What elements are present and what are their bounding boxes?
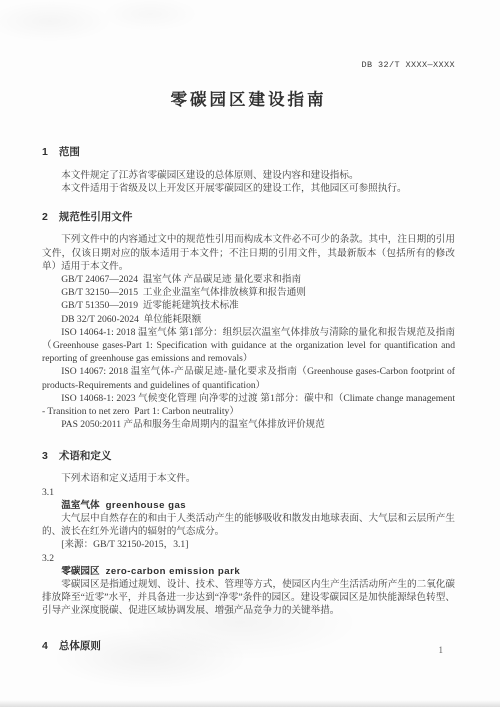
term-source: [来源：GB/T 32150-2015，3.1] [42,538,455,551]
reference-item: DB 32/T 2060-2024 单位能耗限额 [42,313,455,326]
section-1-heading: 1范围 [42,145,455,159]
section-2-heading: 2规范性引用文件 [42,210,455,224]
term-name-zh: 零碳园区 [61,566,99,577]
term-definition: 大气层中自然存在的和由于人类活动产生的能够吸收和散发由地球表面、大气层和云层所产… [42,512,455,538]
section-2-intro: 下列文件中的内容通过文中的规范性引用而构成本文件必不可少的条款。其中，注日期的引… [42,233,455,273]
term-number: 3.2 [42,552,455,565]
page-number: 1 [439,645,444,655]
term-name: 温室气体greenhouse gas [42,499,455,512]
section-title: 规范性引用文件 [59,211,133,223]
section-3-intro: 下列术语和定义适用于本文件。 [42,472,455,485]
scanned-document-page: DB 32/T XXXX—XXXX 零碳园区建设指南 1范围 本文件规定了江苏省… [0,0,500,707]
term-name-zh: 温室气体 [61,500,99,511]
term-name: 零碳园区zero-carbon emission park [42,565,455,578]
reference-item: GB/T 51350—2019 近零能耗建筑技术标准 [42,299,455,312]
section-3-heading: 3术语和定义 [42,449,455,463]
term-definition: 零碳园区是指通过规划、设计、技术、管理等方式，使园区内生产生活活动所产生的二氧化… [42,578,455,618]
reference-item: GB/T 24067—2024 温室气体 产品碳足迹 量化要求和指南 [42,273,455,286]
section-title: 总体原则 [59,640,101,652]
reference-item: GB/T 32150—2015 工业企业温室气体排放核算和报告通则 [42,286,455,299]
section-title: 术语和定义 [59,450,112,462]
term-number: 3.1 [42,486,455,499]
section-4-heading: 4总体原则 [42,639,455,653]
section-number: 3 [42,449,48,463]
section-number: 4 [42,639,48,653]
term-name-en: zero-carbon emission park [106,566,241,577]
reference-item: ISO 14064-1: 2018 温室气体 第1部分：组织层次温室气体排放与清… [42,326,455,366]
section-title: 范围 [59,146,80,158]
section-1-paragraph: 本文件规定了江苏省零碳园区建设的总体原则、建设内容和建设指标。 [42,169,455,182]
standard-number: DB 32/T XXXX—XXXX [42,0,455,70]
section-1-paragraph: 本文件适用于省级及以上开发区开展零碳园区的建设工作，其他园区可参照执行。 [42,182,455,195]
reference-item: ISO 14067: 2018 温室气体-产品碳足迹-量化要求及指南（Green… [42,365,455,391]
reference-item: PAS 2050:2011 产品和服务生命周期内的温室气体排放评价规范 [42,418,455,431]
section-number: 1 [42,145,48,159]
page-content: DB 32/T XXXX—XXXX 零碳园区建设指南 1范围 本文件规定了江苏省… [42,0,455,653]
section-number: 2 [42,210,48,224]
document-title: 零碳园区建设指南 [42,86,455,110]
term-name-en: greenhouse gas [106,500,187,511]
reference-item: ISO 14068-1: 2023 气候变化管理 向净零的过渡 第1部分：碳中和… [42,392,455,418]
